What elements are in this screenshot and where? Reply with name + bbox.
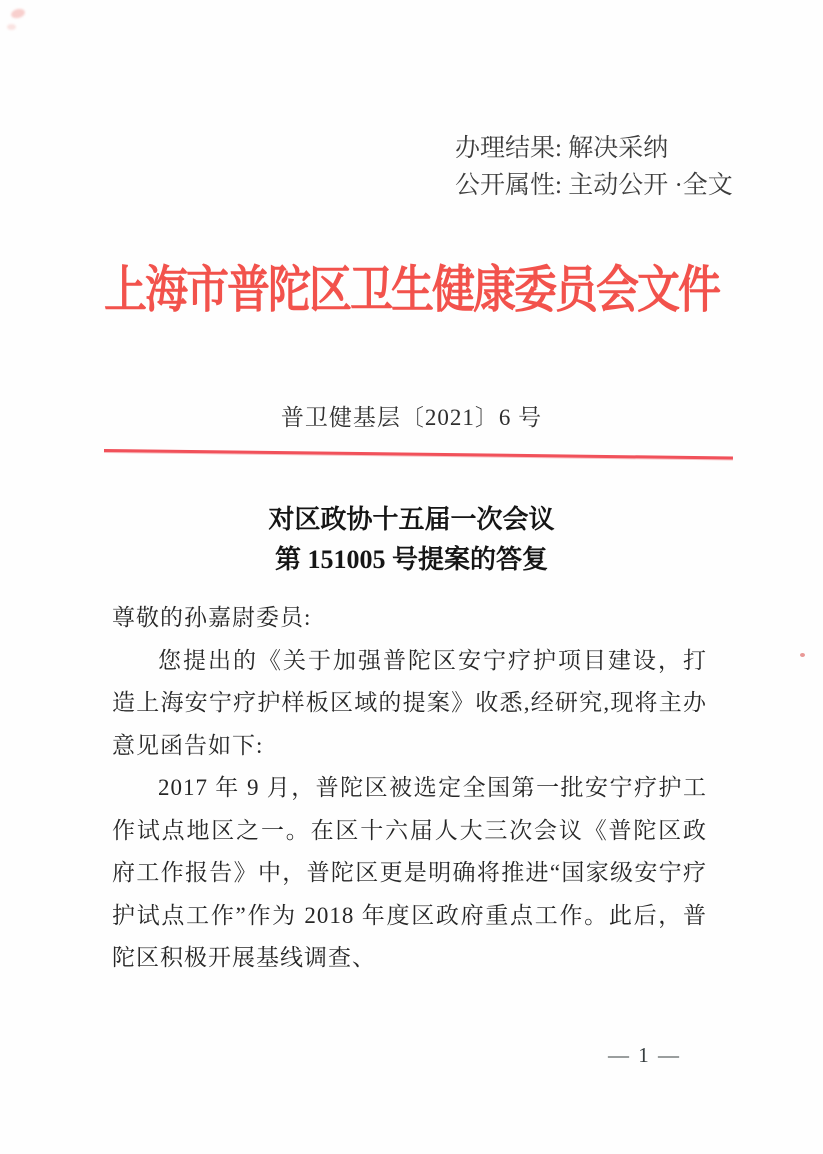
agency-banner-title: 上海市普陀区卫生健康委员会文件 <box>0 251 823 323</box>
handling-metadata-block: 办理结果: 解决采纳 公开属性: 主动公开 ·全文 <box>455 130 733 204</box>
scan-artifact-mark <box>800 653 805 657</box>
document-reference-number: 普卫健基层〔2021〕6 号 <box>0 399 823 432</box>
body-paragraph: 您提出的《关于加强普陀区安宁疗护项目建设，打造上海安宁疗护样板区域的提案》收悉,… <box>112 640 707 768</box>
document-title: 对区政协十五届一次会议 第 151005 号提案的答复 <box>0 500 823 580</box>
letter-body: 尊敬的孙嘉尉委员: 您提出的《关于加强普陀区安宁疗护项目建设，打造上海安宁疗护样… <box>112 597 707 980</box>
scan-artifact-mark <box>10 7 26 19</box>
document-title-line1: 对区政协十五届一次会议 <box>0 500 823 540</box>
red-separator-rule <box>104 449 733 459</box>
body-paragraph: 2017 年 9 月，普陀区被选定全国第一批安宁疗护工作试点地区之一。在区十六届… <box>112 767 707 980</box>
salutation-line: 尊敬的孙嘉尉委员: <box>112 597 707 640</box>
publicity-attribute-line: 公开属性: 主动公开 ·全文 <box>455 167 733 204</box>
document-title-line2: 第 151005 号提案的答复 <box>0 540 823 580</box>
page-number: — 1 — <box>608 1043 681 1068</box>
handling-result-line: 办理结果: 解决采纳 <box>455 130 733 167</box>
scan-artifact-mark <box>7 24 16 30</box>
document-page: 办理结果: 解决采纳 公开属性: 主动公开 ·全文 上海市普陀区卫生健康委员会文… <box>0 0 823 1154</box>
